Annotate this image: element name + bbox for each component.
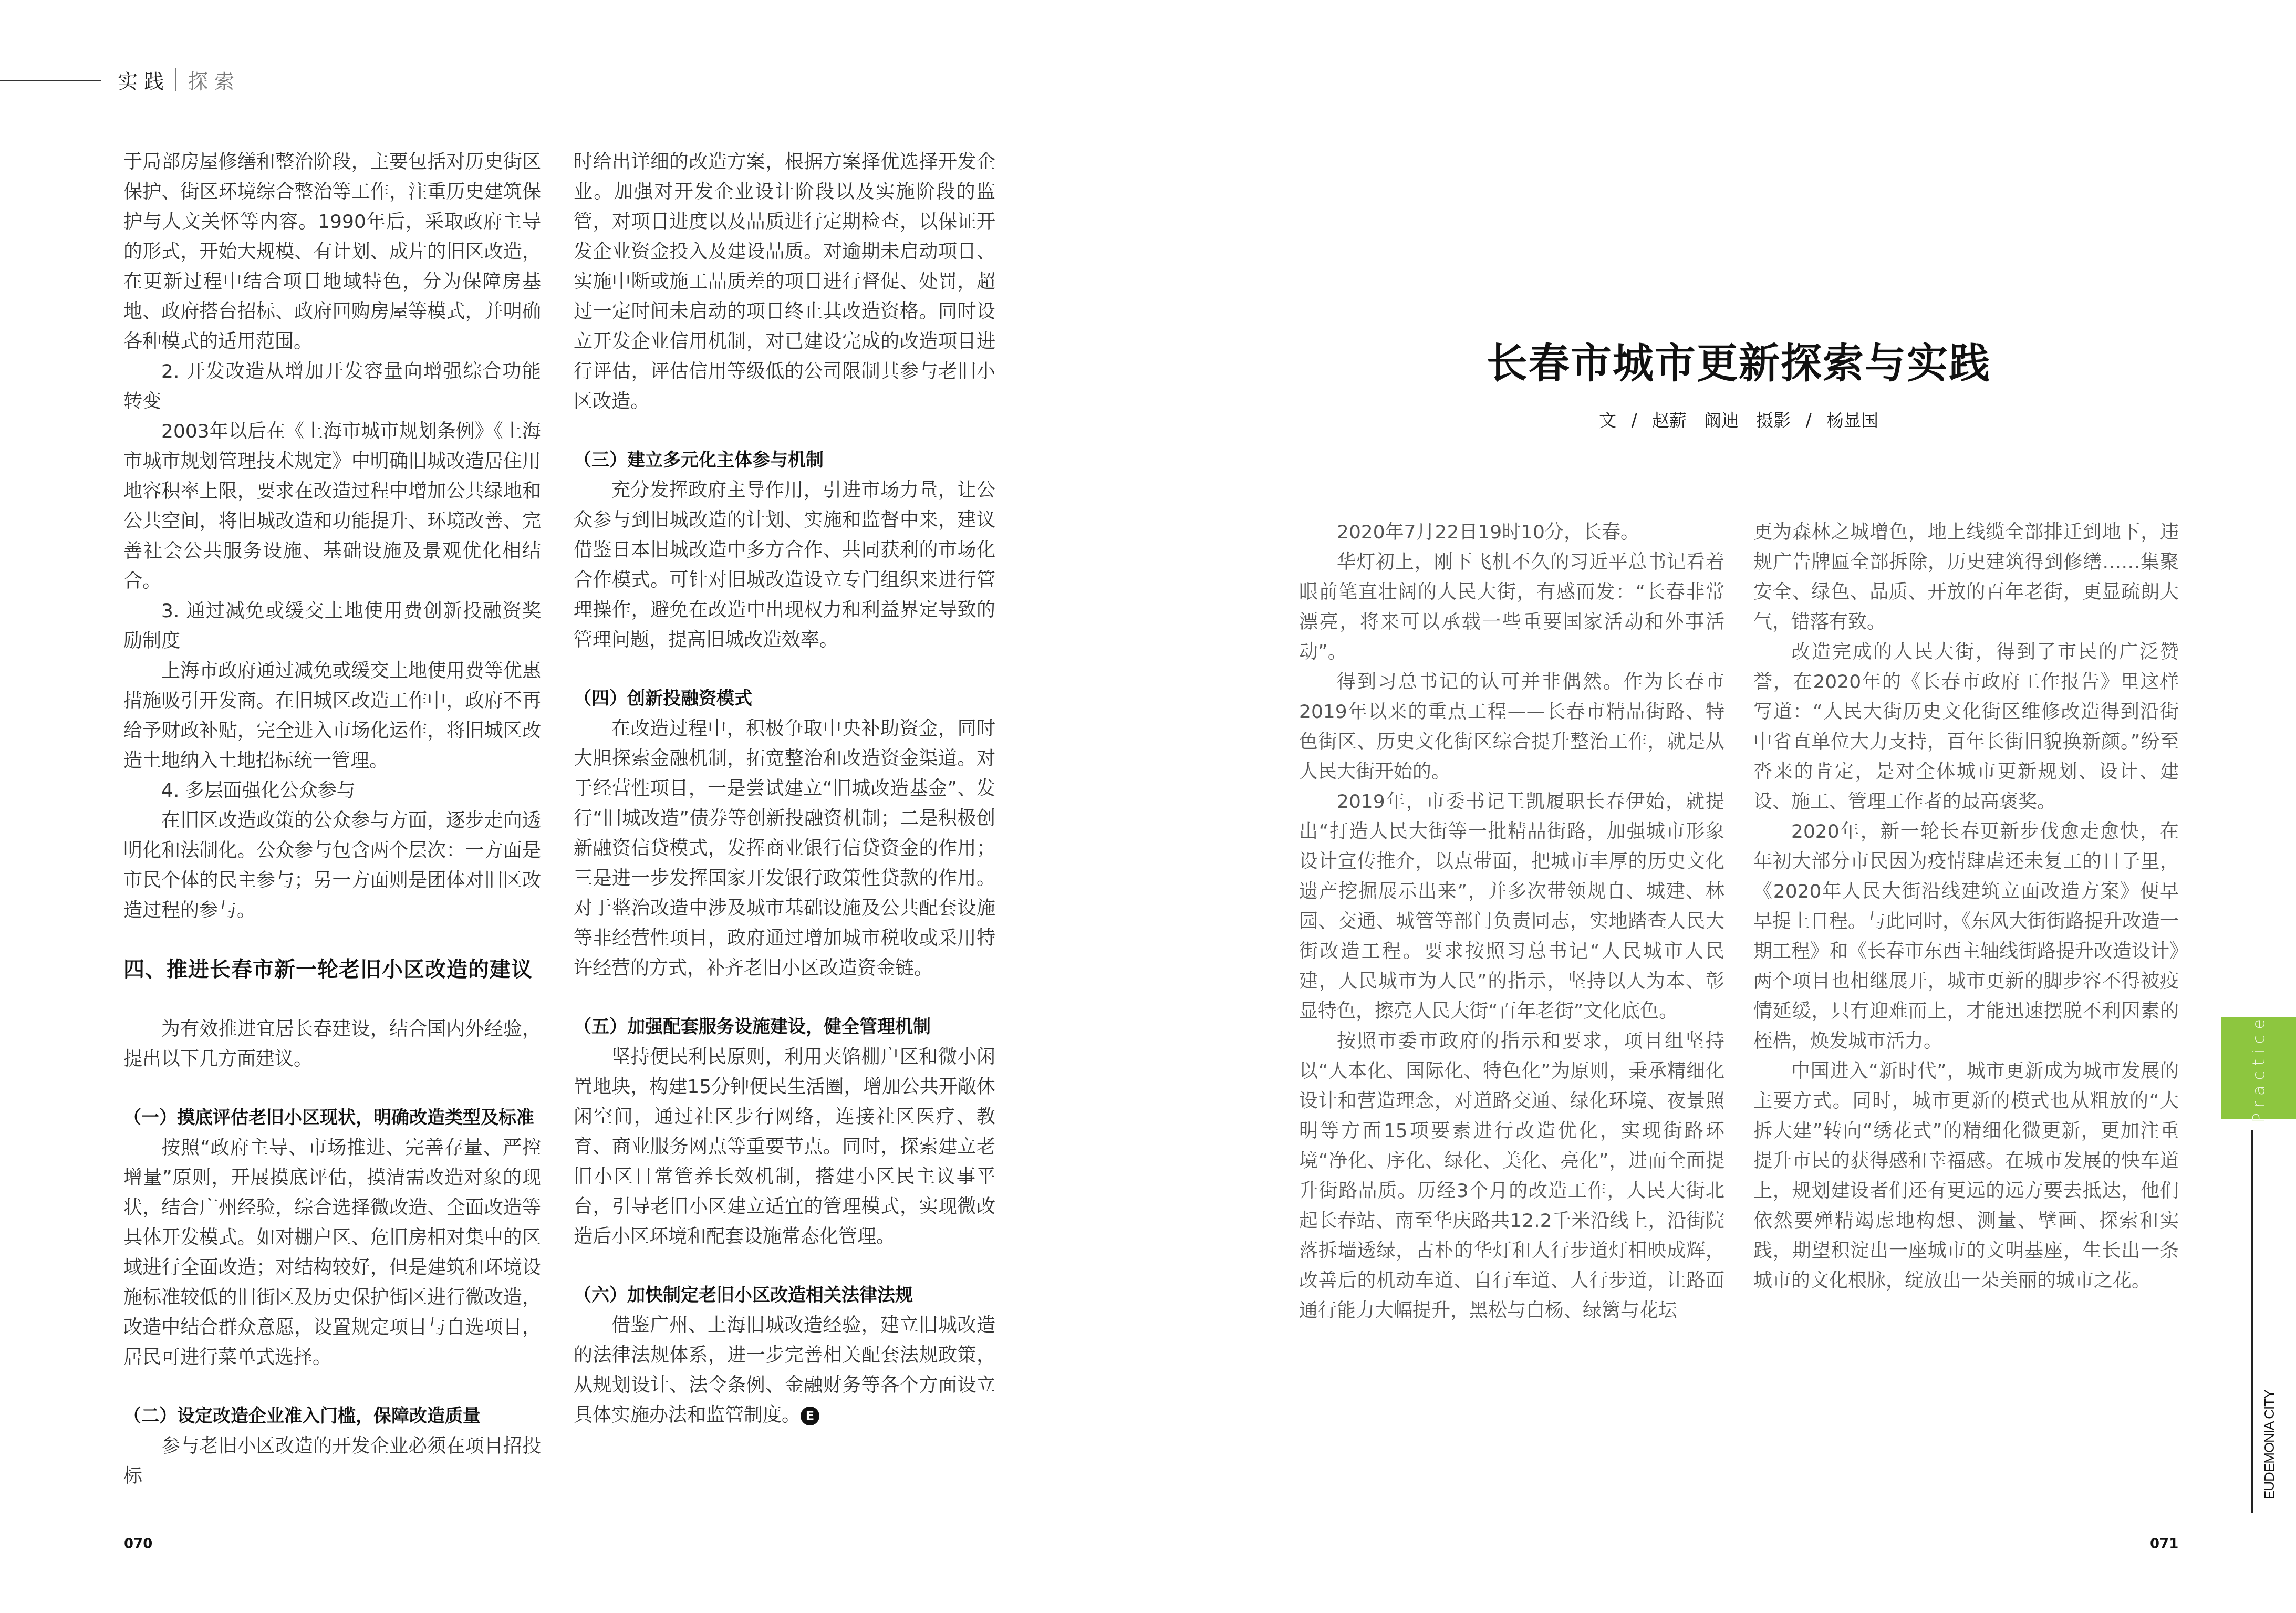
paragraph: 改造完成的人民大街，得到了市民的广泛赞誉，在2020年的《长春市政府工作报告》里…: [1753, 637, 2179, 817]
paragraph: 在旧区改造政策的公众参与方面，逐步走向透明化和法制化。公众参与包含两个层次：一方…: [123, 806, 541, 925]
right-page-column-2: 更为森林之城增色，地上线缆全部排迁到地下，违规广告牌匾全部拆除，历史建筑得到修缮…: [1753, 517, 2179, 1296]
page-number-right: 071: [2150, 1536, 2178, 1552]
paragraph: 于局部房屋修缮和整治阶段，主要包括对历史街区保护、街区环境综合整治等工作，注重历…: [123, 147, 541, 357]
section-heading: 四、推进长春市新一轮老旧小区改造的建议: [123, 955, 541, 985]
paragraph: 时给出详细的改造方案，根据方案择优选择开发企业。加强对开发企业设计阶段以及实施阶…: [574, 147, 995, 417]
paragraph: 得到习总书记的认可并非偶然。作为长春市2019年以来的重点工程——长春市精品街路…: [1299, 667, 1724, 787]
paragraph: 在改造过程中，积极争取中央补助资金，同时大胆探索金融机制，拓宽整治和改造资金渠道…: [574, 714, 995, 983]
left-page-column-1: 于局部房屋修缮和整治阶段，主要包括对历史街区保护、街区环境综合整治等工作，注重历…: [123, 147, 541, 1491]
paragraph: 为有效推进宜居长春建设，结合国内外经验，提出以下几方面建议。: [123, 1014, 541, 1074]
header-divider: [175, 68, 176, 91]
header-rule: [0, 80, 101, 81]
paragraph: 2003年以后在《上海市城市规划条例》《上海市城市规划管理技术规定》中明确旧城改…: [123, 417, 541, 596]
end-of-article-icon: E: [801, 1407, 819, 1425]
paragraph: 更为森林之城增色，地上线缆全部排迁到地下，违规广告牌匾全部拆除，历史建筑得到修缮…: [1753, 517, 2179, 637]
paragraph: 参与老旧小区改造的开发企业必须在项目招投标: [123, 1431, 541, 1491]
paragraph: 充分发挥政府主导作用，引进市场力量，让公众参与到旧城改造的计划、实施和监督中来，…: [574, 475, 995, 655]
paragraph: 按照“政府主导、市场推进、完善存量、严控增量”原则，开展摸底评估，摸清需改造对象…: [123, 1133, 541, 1372]
subsection-heading-4: （四）创新投融资模式: [574, 684, 995, 714]
paragraph: 2020年，新一轮长春更新步伐愈走愈快，在年初大部分市民因为疫情肆虐还未复工的日…: [1753, 817, 2179, 1056]
running-header: 实践 探索: [118, 65, 241, 94]
header-subsection: 探索: [188, 65, 241, 94]
paragraph: 按照市委市政府的指示和要求，项目组坚持以“人本化、国际化、特色化”为原则，秉承精…: [1299, 1026, 1724, 1326]
paragraph: 华灯初上，刚下飞机不久的习近平总书记看着眼前笔直壮阔的人民大街，有感而发：“长春…: [1299, 547, 1724, 667]
subsection-heading-3: （三）建立多元化主体参与机制: [574, 445, 995, 475]
magazine-brand: EUDEMONIA CITY: [2261, 1390, 2278, 1500]
page-number-left: 070: [124, 1536, 152, 1552]
paragraph: 坚持便民利民原则，利用夹馅棚户区和微小闲置地块，构建15分钟便民生活圈，增加公共…: [574, 1042, 995, 1252]
byline: 文 / 赵薪 阚迪 摄影 / 杨显国: [1408, 407, 2070, 432]
side-tab-label: Practice: [2249, 1014, 2269, 1123]
subsection-heading-2: （二）设定改造企业准入门槛，保障改造质量: [123, 1401, 541, 1431]
paragraph: 上海市政府通过减免或缓交土地使用费等优惠措施吸引开发商。在旧城区改造工作中，政府…: [123, 656, 541, 776]
right-page-column-1: 2020年7月22日19时10分，长春。 华灯初上，刚下飞机不久的习近平总书记看…: [1299, 517, 1724, 1326]
paragraph: 2020年7月22日19时10分，长春。: [1299, 517, 1724, 547]
side-rule: [2251, 1130, 2253, 1513]
section-side-tab: Practice: [2221, 1017, 2296, 1119]
numbered-heading: 4. 多层面强化公众参与: [123, 776, 541, 806]
header-section: 实践: [118, 65, 170, 94]
subsection-heading-6: （六）加快制定老旧小区改造相关法律法规: [574, 1281, 995, 1310]
numbered-heading: 3. 通过减免或缓交土地使用费创新投融资奖励制度: [123, 596, 541, 656]
paragraph: 中国进入“新时代”，城市更新成为城市发展的主要方式。同时，城市更新的模式也从粗放…: [1753, 1056, 2179, 1296]
paragraph-text: 借鉴广州、上海旧城改造经验，建立旧城改造的法律法规体系，进一步完善相关配套法规政…: [574, 1315, 995, 1426]
subsection-heading-1: （一）摸底评估老旧小区现状，明确改造类型及标准: [123, 1103, 541, 1133]
paragraph: 2019年，市委书记王凯履职长春伊始，就提出“打造人民大街等一批精品街路，加强城…: [1299, 787, 1724, 1026]
numbered-heading: 2. 开发改造从增加开发容量向增强综合功能转变: [123, 357, 541, 417]
left-page-column-2: 时给出详细的改造方案，根据方案择优选择开发企业。加强对开发企业设计阶段以及实施阶…: [574, 147, 995, 1430]
article-title: 长春市城市更新探索与实践: [1408, 331, 2070, 390]
subsection-heading-5: （五）加强配套服务设施建设，健全管理机制: [574, 1012, 995, 1042]
paragraph: 借鉴广州、上海旧城改造经验，建立旧城改造的法律法规体系，进一步完善相关配套法规政…: [574, 1310, 995, 1430]
